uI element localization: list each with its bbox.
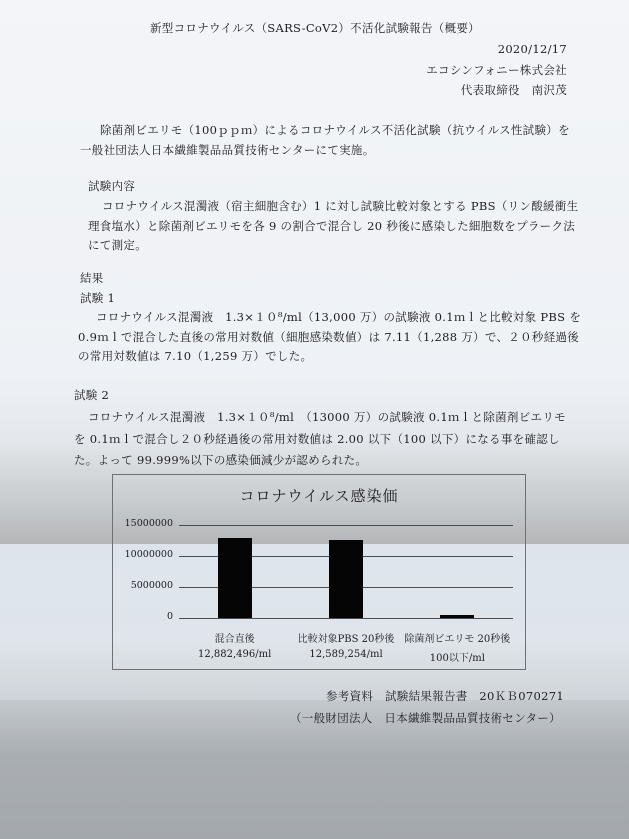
test1-line-1: コロナウイルス混濁液 1.3×１０⁸/ml（13,000 万）の試験液 0.1ｍ… [96, 309, 581, 325]
test2-line-2: を 0.1ｍｌで混合し２０秒経過後の常用対数値は 2.00 以下（100 以下）… [74, 431, 560, 447]
gridline [179, 618, 513, 619]
y-tick-label: 15000000 [113, 518, 173, 529]
test2-line-1: コロナウイルス混濁液 1.3×１０⁸/ml （13000 万）の試験液 0.1ｍ… [88, 409, 566, 425]
test1-line-2: 0.9ｍｌで混合した直後の常用対数値（細胞感染数値）は 7.11（1,288 万… [78, 329, 579, 345]
y-tick-label: 10000000 [113, 549, 173, 560]
y-tick-label: 5000000 [113, 580, 173, 591]
results-heading: 結果 [80, 270, 104, 286]
chart-title: コロナウイルス感染価 [113, 485, 525, 506]
content-line-1: コロナウイルス混濁液（宿主細胞含む）1 に対し試験比較対象とする PBS（リン酸… [102, 198, 578, 214]
reference-line-1: 参考資料 試験結果報告書 20ＫＢ070271 [326, 688, 564, 704]
x-category-label: 除菌剤ビエリモ 20秒後 [392, 630, 522, 645]
reference-line-2: （一般財団法人 日本繊維製品品質技術センター） [290, 710, 561, 726]
gridline [179, 525, 513, 526]
company-name: エコシンフォニー株式会社 [426, 62, 567, 78]
document-title: 新型コロナウイルス（SARS-CoV2）不活化試験報告（概要） [150, 20, 480, 36]
intro-line-2: 一般社団法人日本繊維製品品質技術センターにて実施。 [80, 142, 375, 158]
content-line-3: にて測定。 [88, 237, 147, 253]
section-heading-content: 試験内容 [88, 178, 135, 194]
bar [329, 540, 363, 618]
y-tick-label: 0 [113, 611, 173, 622]
x-value-label: 100以下/ml [392, 649, 522, 664]
test1-line-3: の常用対数値は 7.10（1,259 万）でした。 [78, 348, 312, 364]
bar [218, 538, 252, 618]
bar [440, 615, 474, 618]
test1-heading: 試験 1 [80, 290, 115, 306]
representative-name: 代表取締役 南沢茂 [461, 82, 567, 98]
infection-titer-chart: コロナウイルス感染価 050000001000000015000000混合直後1… [112, 474, 526, 670]
test2-line-3: た。よって 99.999%以下の感染価減少が認められた。 [74, 452, 367, 468]
content-line-2: 理食塩水）と除菌剤ビエリモを各 9 の割合で混合し 20 秒後に感染した細胞数を… [88, 218, 575, 234]
intro-line-1: 除菌剤ビエリモ（100ｐｐｍ）によるコロナウイルス不活化試験（抗ウイルス性試験）… [100, 122, 570, 138]
document-date: 2020/12/17 [498, 42, 567, 56]
test2-heading: 試験 2 [74, 387, 109, 403]
